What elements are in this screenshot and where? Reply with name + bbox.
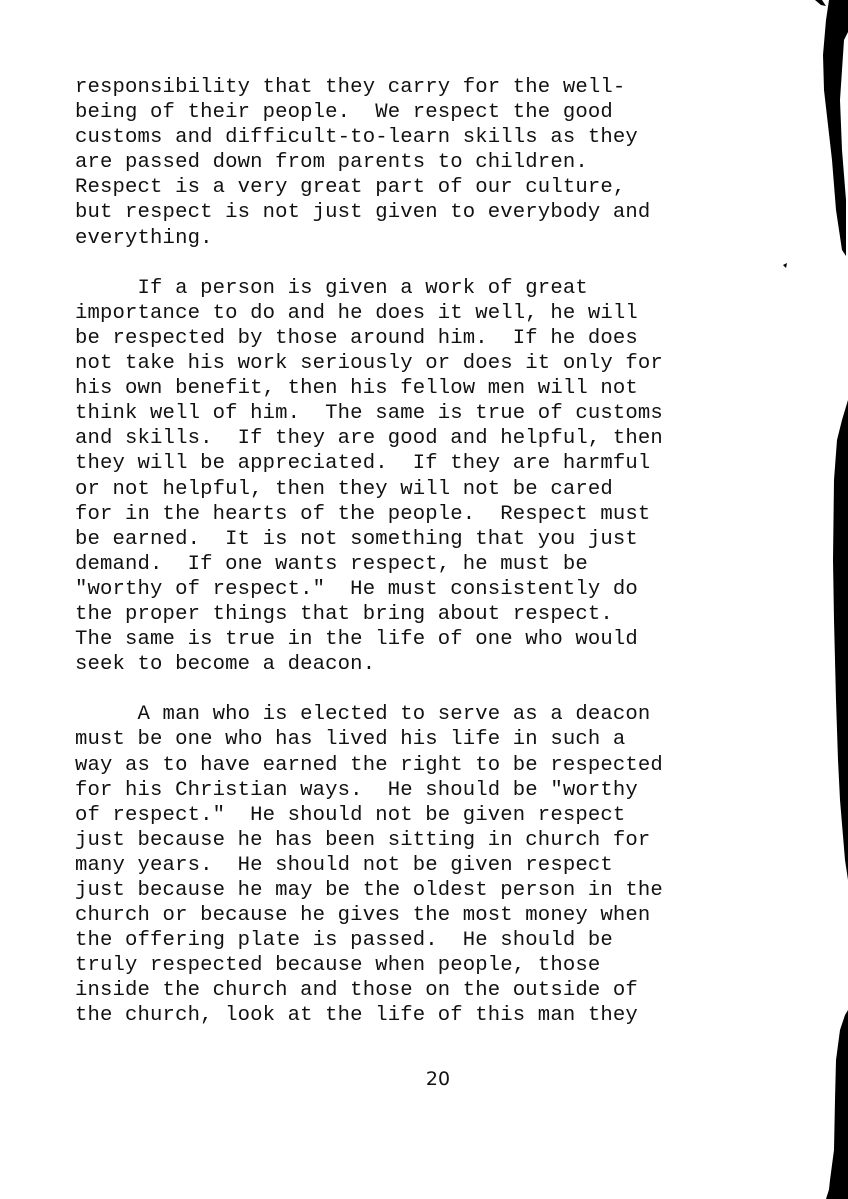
text-line: responsibility that they carry for the w… [75, 75, 805, 100]
text-line: of respect." He should not be given resp… [75, 803, 805, 828]
text-line: inside the church and those on the outsi… [75, 978, 805, 1003]
text-line: his own benefit, then his fellow men wil… [75, 376, 805, 401]
text-line: church or because he gives the most mone… [75, 903, 805, 928]
text-line: the offering plate is passed. He should … [75, 928, 805, 953]
text-line: the church, look at the life of this man… [75, 1003, 805, 1028]
text-line: be earned. It is not something that you … [75, 527, 805, 552]
text-line: Respect is a very great part of our cult… [75, 175, 805, 200]
paragraph: responsibility that they carry for the w… [75, 75, 805, 251]
text-line: be respected by those around him. If he … [75, 326, 805, 351]
paragraph: A man who is elected to serve as a deaco… [75, 702, 805, 1028]
text-line: the proper things that bring about respe… [75, 602, 805, 627]
text-line: many years. He should not be given respe… [75, 853, 805, 878]
scanned-page: responsibility that they carry for the w… [0, 0, 848, 1199]
text-line: The same is true in the life of one who … [75, 627, 805, 652]
text-line: way as to have earned the right to be re… [75, 753, 805, 778]
text-line: or not helpful, then they will not be ca… [75, 477, 805, 502]
text-line: A man who is elected to serve as a deaco… [75, 702, 805, 727]
text-line: customs and difficult-to-learn skills as… [75, 125, 805, 150]
body-text: responsibility that they carry for the w… [75, 75, 805, 1029]
text-line: seek to become a deacon. [75, 652, 805, 677]
paragraph-gap [75, 251, 805, 276]
text-line: and skills. If they are good and helpful… [75, 426, 805, 451]
text-line: importance to do and he does it well, he… [75, 301, 805, 326]
text-line: demand. If one wants respect, he must be [75, 552, 805, 577]
text-line: for his Christian ways. He should be "wo… [75, 778, 805, 803]
text-line: just because he has been sitting in chur… [75, 828, 805, 853]
text-line: but respect is not just given to everybo… [75, 200, 805, 225]
text-line: they will be appreciated. If they are ha… [75, 451, 805, 476]
paragraph: If a person is given a work of greatimpo… [75, 276, 805, 678]
text-line: "worthy of respect." He must consistentl… [75, 577, 805, 602]
paragraph-gap [75, 677, 805, 702]
text-line: everything. [75, 226, 805, 251]
page-number: 20 [0, 1068, 848, 1090]
text-line: If a person is given a work of great [75, 276, 805, 301]
text-line: must be one who has lived his life in su… [75, 727, 805, 752]
text-line: for in the hearts of the people. Respect… [75, 502, 805, 527]
text-line: just because he may be the oldest person… [75, 878, 805, 903]
text-line: think well of him. The same is true of c… [75, 401, 805, 426]
text-line: not take his work seriously or does it o… [75, 351, 805, 376]
text-line: being of their people. We respect the go… [75, 100, 805, 125]
text-line: truly respected because when people, tho… [75, 953, 805, 978]
text-line: are passed down from parents to children… [75, 150, 805, 175]
